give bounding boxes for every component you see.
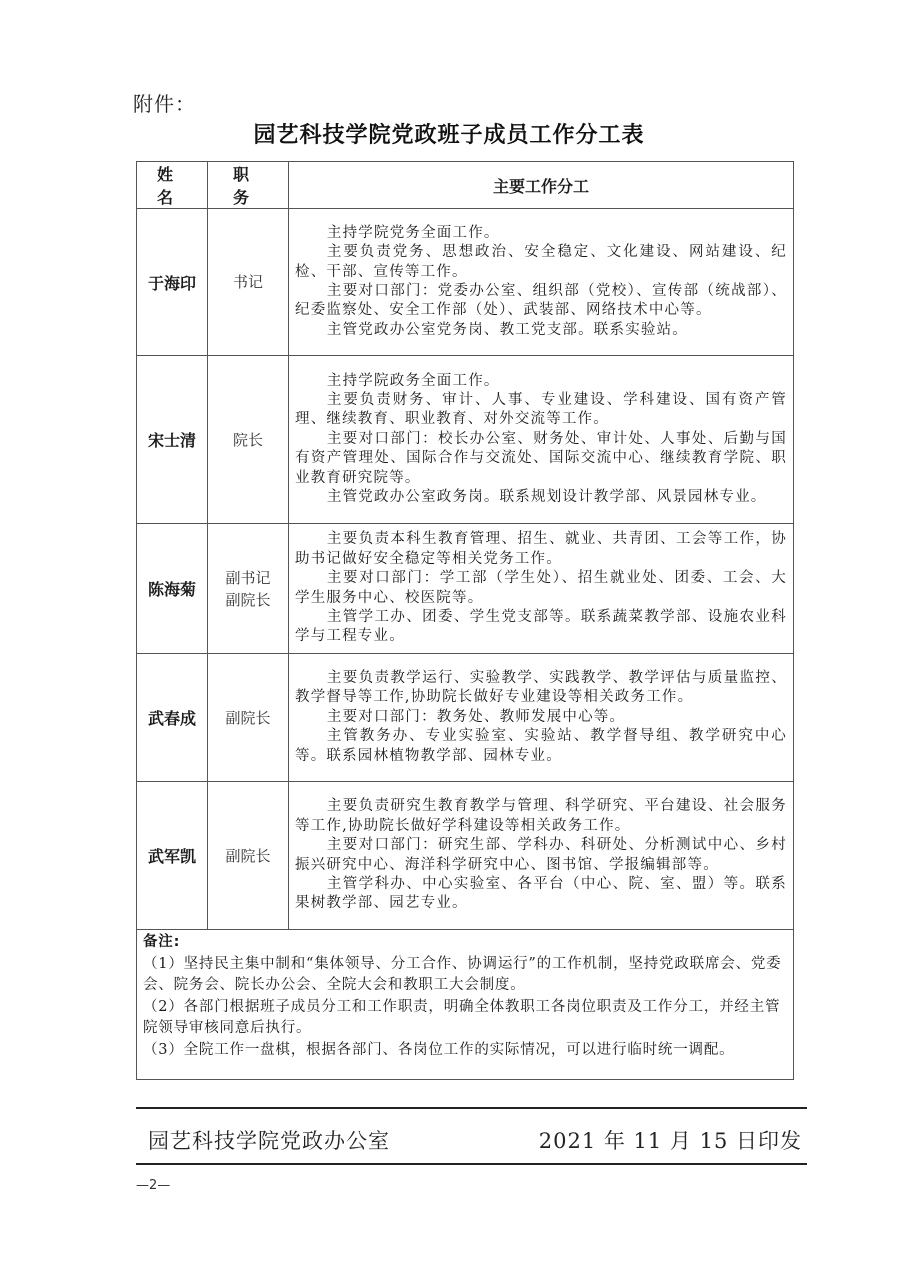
member-duties: 主要负责教学运行、实验教学、实践教学、教学评估与质量监控、教学督导等工作,协助院…	[289, 654, 794, 782]
position-line: 副院长	[208, 845, 288, 867]
work-division-table: 姓 名 职 务 主要工作分工 于海印 书记 主持学院党务全面工作。 主要负责党务…	[136, 161, 794, 1080]
duty-paragraph: 主持学院政务全面工作。	[295, 372, 787, 391]
column-header-name: 姓 名	[137, 162, 208, 209]
member-name: 于海印	[137, 209, 208, 356]
position-line: 副院长	[208, 707, 288, 729]
footer-bottom-rule	[136, 1163, 807, 1165]
duty-paragraph: 主要负责教学运行、实验教学、实践教学、教学评估与质量监控、教学督导等工作,协助院…	[295, 669, 787, 708]
member-name: 武军凯	[137, 782, 208, 930]
duty-paragraph: 主要负责财务、审计、人事、专业建设、学科建设、国有资产管理、继续教育、职业教育、…	[295, 391, 787, 430]
member-position: 副书记 副院长	[208, 524, 289, 654]
duty-paragraph: 主管学科办、中心实验室、各平台（中心、院、室、盟）等。联系果树教学部、园艺专业。	[295, 875, 787, 914]
duty-paragraph: 主要负责本科生教育管理、招生、就业、共青团、工会等工作，协助书记做好安全稳定等相…	[295, 530, 787, 569]
position-line: 院长	[208, 429, 288, 451]
member-duties: 主持学院政务全面工作。 主要负责财务、审计、人事、专业建设、学科建设、国有资产管…	[289, 356, 794, 524]
duty-paragraph: 主管党政办公室政务岗。联系规划设计教学部、风景园林专业。	[295, 488, 787, 507]
duty-paragraph: 主要对口部门：教务处、教师发展中心等。	[295, 708, 787, 727]
member-position: 副院长	[208, 782, 289, 930]
duty-paragraph: 主管学工办、团委、学生党支部等。联系蔬菜教学部、设施农业科学与工程专业。	[295, 608, 787, 647]
note-item: （2）各部门根据班子成员分工和工作职责，明确全体教职工各岗位职责及工作分工，并经…	[143, 997, 787, 1040]
table-row: 于海印 书记 主持学院党务全面工作。 主要负责党务、思想政治、安全稳定、文化建设…	[137, 209, 794, 356]
duty-paragraph: 主要负责研究生教育教学与管理、科学研究、平台建设、社会服务等工作,协助院长做好学…	[295, 797, 787, 836]
member-name: 陈海菊	[137, 524, 208, 654]
table-row: 陈海菊 副书记 副院长 主要负责本科生教育管理、招生、就业、共青团、工会等工作，…	[137, 524, 794, 654]
duty-paragraph: 主要对口部门：党委办公室、组织部（党校）、宣传部（统战部）、纪委监察处、安全工作…	[295, 282, 787, 321]
member-duties: 主持学院党务全面工作。 主要负责党务、思想政治、安全稳定、文化建设、网站建设、纪…	[289, 209, 794, 356]
duty-paragraph: 主管党政办公室党务岗、教工党支部。联系实验站。	[295, 321, 787, 340]
column-header-duties: 主要工作分工	[289, 162, 794, 209]
notes-heading: 备注:	[143, 932, 787, 954]
attachment-label: 附件：	[133, 88, 196, 117]
member-position: 书记	[208, 209, 289, 356]
footer-top-rule	[136, 1107, 807, 1109]
note-item: （3）全院工作一盘棋，根据各部门、各岗位工作的实际情况，可以进行临时统一调配。	[143, 1040, 787, 1062]
duty-paragraph: 主要对口部门：校长办公室、财务处、审计处、人事处、后勤与国有资产管理处、国际合作…	[295, 430, 787, 488]
document-title: 园艺科技学院党政班子成员工作分工表	[0, 118, 898, 149]
member-duties: 主要负责研究生教育教学与管理、科学研究、平台建设、社会服务等工作,协助院长做好学…	[289, 782, 794, 930]
position-line: 副院长	[208, 589, 288, 611]
member-name: 宋士清	[137, 356, 208, 524]
table-row: 武春成 副院长 主要负责教学运行、实验教学、实践教学、教学评估与质量监控、教学督…	[137, 654, 794, 782]
table-header-row: 姓 名 职 务 主要工作分工	[137, 162, 794, 209]
position-line: 书记	[208, 271, 288, 293]
member-position: 院长	[208, 356, 289, 524]
issuing-office: 园艺科技学院党政办公室	[148, 1125, 390, 1155]
position-line: 副书记	[208, 567, 288, 589]
table-row: 宋士清 院长 主持学院政务全面工作。 主要负责财务、审计、人事、专业建设、学科建…	[137, 356, 794, 524]
page-number: —2—	[136, 1178, 170, 1193]
notes-row: 备注: （1）坚持民主集中制和“集体领导、分工合作、协调运行”的工作机制，坚持党…	[137, 930, 794, 1080]
member-name: 武春成	[137, 654, 208, 782]
duty-paragraph: 主要负责党务、思想政治、安全稳定、文化建设、网站建设、纪检、干部、宣传等工作。	[295, 243, 787, 282]
notes-cell: 备注: （1）坚持民主集中制和“集体领导、分工合作、协调运行”的工作机制，坚持党…	[137, 930, 794, 1080]
member-position: 副院长	[208, 654, 289, 782]
member-duties: 主要负责本科生教育管理、招生、就业、共青团、工会等工作，协助书记做好安全稳定等相…	[289, 524, 794, 654]
table-row: 武军凯 副院长 主要负责研究生教育教学与管理、科学研究、平台建设、社会服务等工作…	[137, 782, 794, 930]
duty-paragraph: 主要对口部门：研究生部、学科办、科研处、分析测试中心、乡村振兴研究中心、海洋科学…	[295, 836, 787, 875]
note-item: （1）坚持民主集中制和“集体领导、分工合作、协调运行”的工作机制，坚持党政联席会…	[143, 954, 787, 997]
column-header-position: 职 务	[208, 162, 289, 209]
duty-paragraph: 主持学院党务全面工作。	[295, 224, 787, 243]
duty-paragraph: 主管教务办、专业实验室、实验站、教学督导组、教学研究中心等。联系园林植物教学部、…	[295, 727, 787, 766]
issue-date: 2021 年 11 月 15 日印发	[539, 1125, 802, 1155]
duty-paragraph: 主要对口部门：学工部（学生处）、招生就业处、团委、工会、大学生服务中心、校医院等…	[295, 569, 787, 608]
